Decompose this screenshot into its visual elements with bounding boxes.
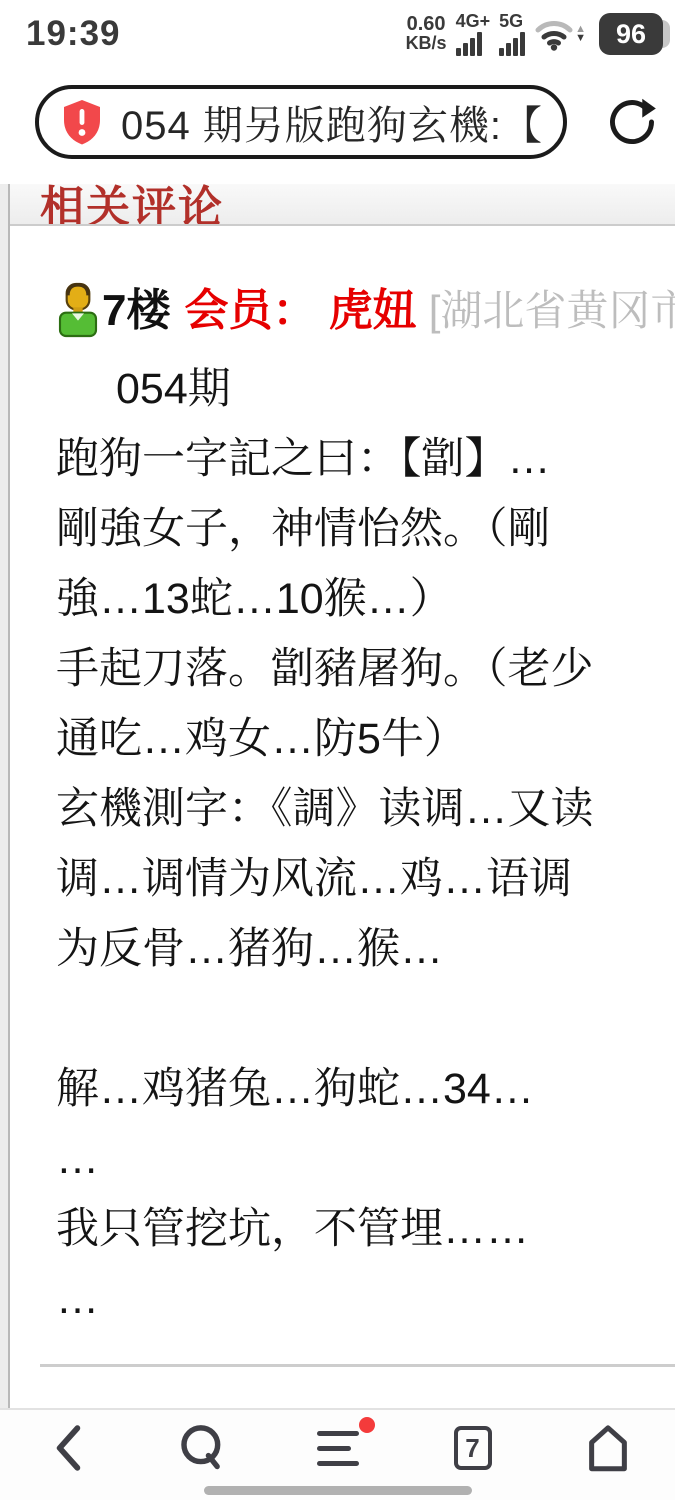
post-paragraph: … [56,1124,608,1194]
sim2-signal: 5G [499,13,525,56]
status-indicators: 0.60 KB/s 4G+ 5G [406,13,663,56]
data-transfer-arrows-icon: ▲▼ [575,25,586,43]
browser-nav-bar: 7 [0,1408,675,1500]
home-button[interactable] [540,1410,675,1500]
post-paragraph: … [56,1264,608,1334]
post-paragraph: 054期 [56,354,608,424]
page-title: 054 期另版跑狗玄機:【閒… [121,94,545,151]
reload-icon [606,96,658,148]
clock: 19:39 [26,14,121,54]
battery-percent: 96 [599,13,663,55]
forum-post: 7楼 会员： 虎妞 [湖北省黄冈市电 054期跑狗一字記之曰：【劏】…剛強女子，… [10,226,675,1334]
post-header: 7楼 会员： 虎妞 [湖北省黄冈市电 [56,280,675,338]
comments-panel: 相关评论 7楼 会员： 虎妞 [湖北省黄冈市电 054期跑狗一字記之曰：【劏】 [8,184,675,1408]
menu-icon [317,1431,359,1466]
page-content: 相关评论 7楼 会员： 虎妞 [湖北省黄冈市电 054期跑狗一字記之曰：【劏】 [0,184,675,1408]
post-paragraph: 剛強女子，神情怡然。（剛強…13蛇…10猴…） [56,494,608,634]
post-paragraph: 手起刀落。劏豬屠狗。（老少通吃…鸡女…防5牛） [56,634,608,774]
post-paragraph [56,984,608,1054]
gesture-handle[interactable] [204,1486,472,1495]
status-bar: 19:39 0.60 KB/s 4G+ 5G [0,0,675,62]
post-divider [40,1364,675,1367]
network-speed-value: 0.60 [406,15,447,34]
home-icon [584,1424,632,1472]
post-paragraph: 玄機測字：《調》读调…又读调…调情为风流…鸡…语调为反骨…猪狗…猴… [56,774,608,984]
sim1-network-label: 4G+ [456,13,491,30]
member-location: [湖北省黄冈市电 [429,280,675,338]
network-speed: 0.60 KB/s [406,15,447,53]
tab-count-icon: 7 [454,1426,492,1470]
address-bar[interactable]: 054 期另版跑狗玄機:【閒… [35,85,567,159]
post-paragraphs: 054期跑狗一字記之曰：【劏】…剛強女子，神情怡然。（剛強…13蛇…10猴…）手… [56,354,608,1334]
member-avatar-icon [56,282,100,338]
wifi-icon [534,17,574,51]
member-name: 会员： 虎妞 [184,280,416,338]
section-header-band: 相关评论 [10,184,675,226]
network-speed-unit: KB/s [406,34,447,53]
reload-button[interactable] [605,95,659,149]
battery-indicator: 96 [599,13,663,55]
search-icon [179,1423,227,1473]
section-header: 相关评论 [40,184,675,226]
security-warning-icon[interactable] [61,99,103,145]
back-chevron-icon [48,1424,88,1472]
sim2-signal-bars-icon [499,32,525,56]
address-bar-row: 054 期另版跑狗玄機:【閒… [0,84,675,160]
back-button[interactable] [0,1410,135,1500]
floor-number: 7楼 [102,280,170,338]
sim1-signal-bars-icon [456,32,482,56]
post-paragraph: 跑狗一字記之曰：【劏】… [56,424,608,494]
post-paragraph: 我只管挖坑，不管埋…… [56,1194,608,1264]
notification-dot [359,1417,375,1433]
post-paragraph: 解…鸡猪兔…狗蛇…34… [56,1054,608,1124]
sim1-signal: 4G+ [456,13,491,56]
sim2-network-label: 5G [499,13,523,30]
